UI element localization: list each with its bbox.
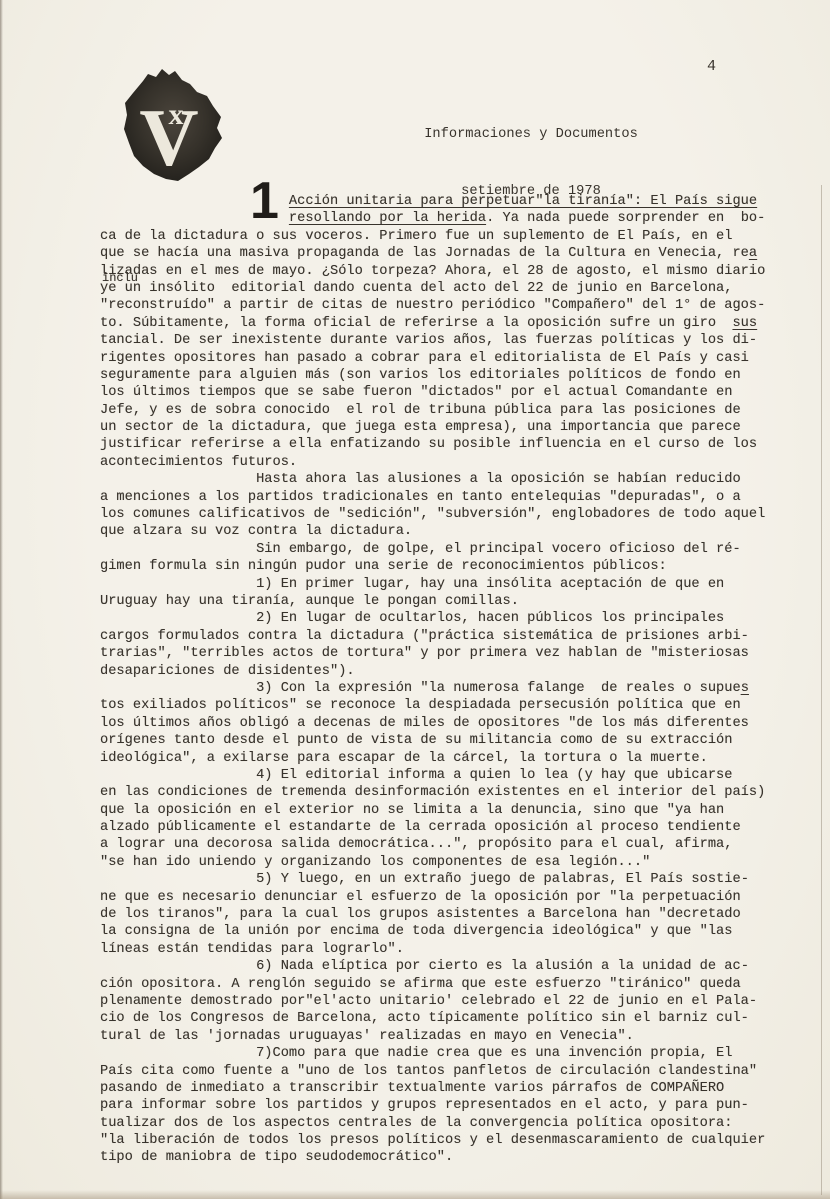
text-line: a lograr una decorosa salida democrática… [100, 836, 765, 853]
text-line: tualizar dos de los aspectos centrales d… [100, 1115, 765, 1132]
text-line: gimen formula sin ningún pudor una serie… [100, 558, 765, 575]
text-line: acontecimientos futuros. [100, 454, 765, 471]
text-line: ideológica", a exilarse para escapar de … [100, 750, 765, 767]
text-line: para informar sobre los partidos y grupo… [100, 1097, 765, 1114]
page-number: 4 [707, 58, 716, 76]
stamp-letter-x: x [169, 98, 184, 131]
text-line: orígenes tanto desde el punto de vista d… [100, 732, 765, 749]
text-line: 5) Y luego, en un extraño juego de palab… [100, 871, 765, 888]
text-line: que alzara su voz contra la dictadura. [100, 523, 765, 540]
text-line: alzado públicamente el estandarte de la … [100, 819, 765, 836]
text-line: un sector de la dictadura, que juega est… [100, 419, 765, 436]
text-line: a menciones a los partidos tradicionales… [100, 489, 765, 506]
text-line: 4) El editorial informa a quien lo lea (… [100, 767, 765, 784]
text-line: ción opositora. A renglón seguido se afi… [100, 976, 765, 993]
text-line: trarias", "terribles actos de tortura" y… [100, 645, 765, 662]
text-line: tos exiliados políticos" se reconoce la … [100, 697, 765, 714]
text-line: 7)Como para que nadie crea que es una in… [100, 1045, 765, 1062]
scan-right-edge-line [821, 185, 822, 1195]
text-line: que la oposición en el exterior no se li… [100, 802, 765, 819]
text-line: 6) Nada elíptica por cierto es la alusió… [100, 958, 765, 975]
text-line: líneas están tendidas para lograrlo". [100, 941, 765, 958]
text-line: "reconstruído" a partir de citas de nues… [100, 297, 765, 314]
text-line: Sin embargo, de golpe, el principal voce… [100, 541, 765, 558]
stamp-blob-icon: V x [112, 62, 234, 190]
text-line: los últimos años obligó a decenas de mil… [100, 715, 765, 732]
typed-insertion: inclu [102, 272, 138, 284]
text-line: los últimos tiempos que se sabe fueron "… [100, 384, 765, 401]
text-line: de los tiranos", para la cual los grupos… [100, 906, 765, 923]
text-line: desapariciones de disidentes"). [100, 663, 765, 680]
text-line: País cita como fuente a "uno de los tant… [100, 1063, 765, 1080]
text-line: 2) En lugar de ocultarlos, hacen público… [100, 610, 765, 627]
text-line: Jefe, y es de sobra conocido el rol de t… [100, 402, 765, 419]
text-line: tural de las 'jornadas uruguayas' realiz… [100, 1028, 765, 1045]
text-line: "se han ido uniendo y organizando los co… [100, 854, 765, 871]
text-line: "la liberación de todos los presos polít… [100, 1132, 765, 1149]
text-line: ca de la dictadura o sus voceros. Primer… [100, 228, 765, 245]
text-line: cio de los Congresos de Barcelona, acto … [100, 1010, 765, 1027]
text-line: 1) En primer lugar, hay una insólita ace… [100, 576, 765, 593]
uruguay-map-stamp: V x [112, 62, 234, 190]
text-line: tancial. De ser inexistente durante vari… [100, 332, 765, 349]
text-line: Acción unitaria para perpetuar"la tiraní… [100, 193, 765, 210]
text-line: justificar referirse a ella enfatizando … [100, 436, 765, 453]
text-line: pasando de inmediato a transcribir textu… [100, 1080, 765, 1097]
text-line: resollando por la herida. Ya nada puede … [100, 210, 765, 227]
text-line: que se hacía una masiva propaganda de la… [100, 245, 765, 262]
text-line: 3) Con la expresión "la numerosa falange… [100, 680, 765, 697]
text-line: la consigna de la unión por encima de to… [100, 923, 765, 940]
text-line: seguramente para alguien más (son varios… [100, 367, 765, 384]
text-line: ne que es necesario denunciar el esfuerz… [100, 889, 765, 906]
text-line: cargos formulados contra la dictadura ("… [100, 628, 765, 645]
text-line: tipo de maniobra de tipo seudodemocrátic… [100, 1149, 765, 1166]
text-line: ye un insólito editorial dando cuenta de… [100, 280, 765, 297]
text-line: lizadas en el mes de mayo. ¿Sólo torpeza… [100, 263, 765, 280]
scan-bottom-edge [0, 1190, 830, 1199]
header-title: Informaciones y Documentos [422, 125, 640, 144]
text-line: los comunes calificativos de "sedición",… [100, 506, 765, 523]
text-line: en las condiciones de tremenda desinform… [100, 784, 765, 801]
text-line: Hasta ahora las alusiones a la oposición… [100, 471, 765, 488]
text-line: to. Súbitamente, la forma oficial de ref… [100, 315, 765, 332]
document-body: Acción unitaria para perpetuar"la tiraní… [100, 193, 765, 1167]
scan-left-edge [0, 0, 3, 1199]
text-line: rigentes opositores han pasado a cobrar … [100, 350, 765, 367]
text-line: plenamente demostrado por"el'acto unitar… [100, 993, 765, 1010]
text-line: Uruguay hay una tiranía, aunque le ponga… [100, 593, 765, 610]
scanned-document-page: 4 Informaciones y Documentos setiembre d… [0, 0, 830, 1199]
